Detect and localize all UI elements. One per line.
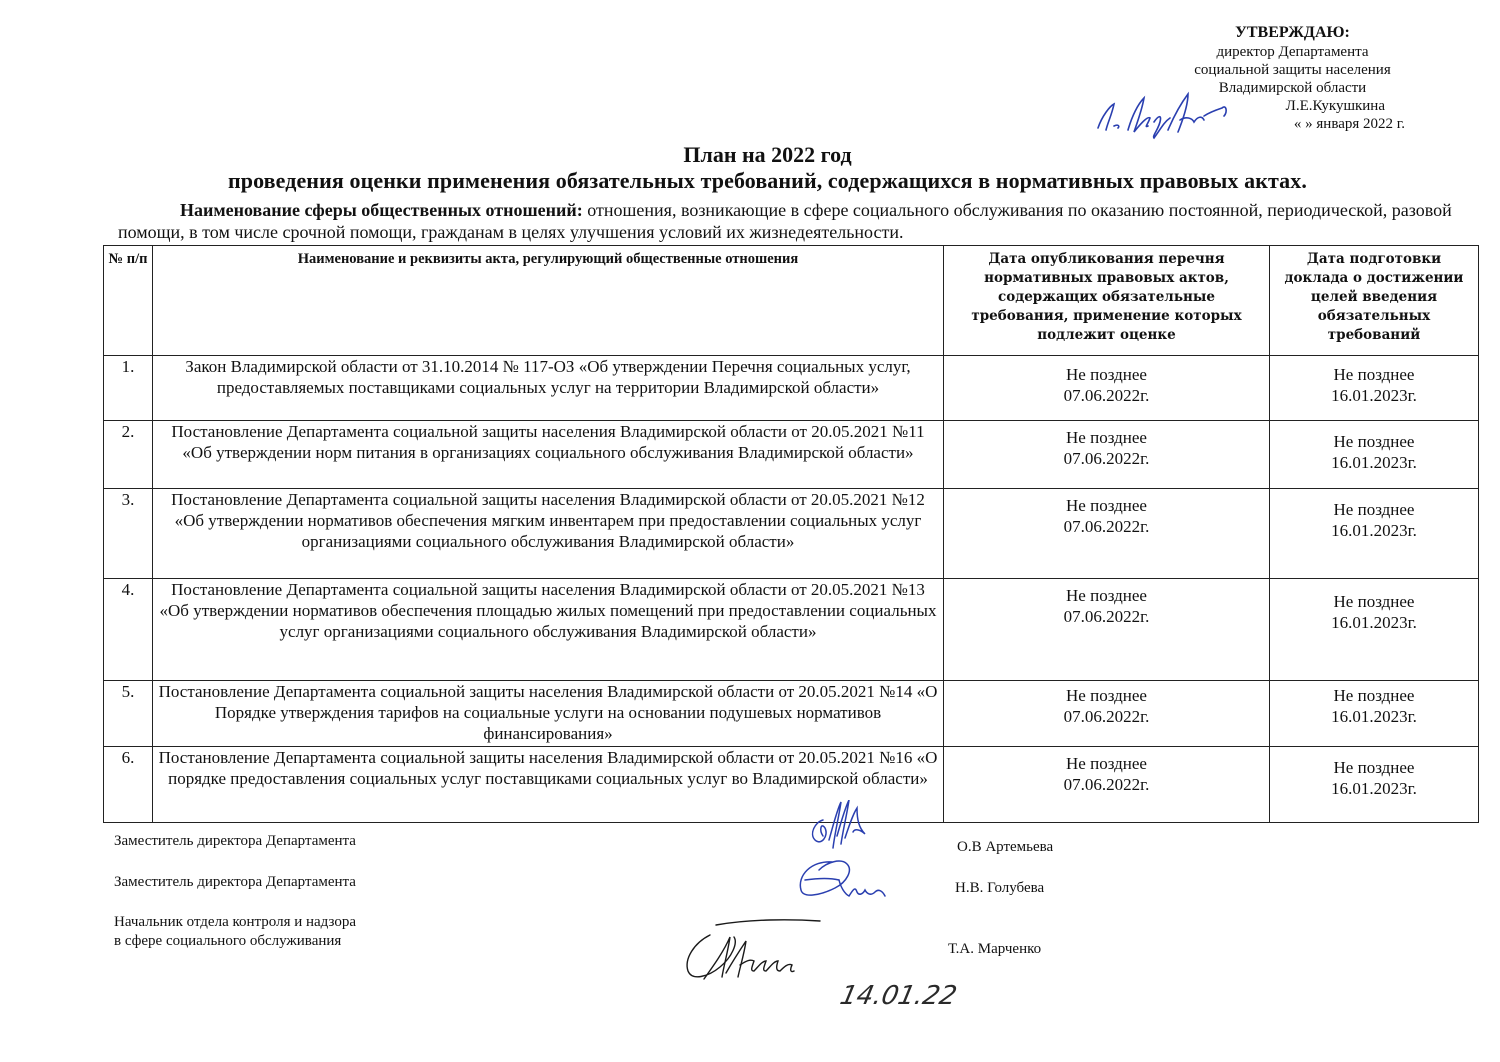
row-report-date: Не позднее 16.01.2023г. (1270, 747, 1479, 823)
row-publish-date: Не позднее 07.06.2022г. (944, 681, 1270, 747)
row-publish-date: Не позднее 07.06.2022г. (944, 421, 1270, 489)
plan-table: № п/п Наименование и реквизиты акта, рег… (103, 245, 1479, 823)
table-row: 1. Закон Владимирской области от 31.10.2… (104, 356, 1479, 421)
table-header-row: № п/п Наименование и реквизиты акта, рег… (104, 246, 1479, 356)
svg-text:14.01.22: 14.01.22 (840, 981, 959, 1011)
row-publish-date: Не позднее 07.06.2022г. (944, 747, 1270, 823)
signature-position-3: Начальник отдела контроля и надзора в сф… (114, 913, 356, 951)
row-act: Закон Владимирской области от 31.10.2014… (153, 356, 944, 421)
row-act: Постановление Департамента социальной за… (153, 421, 944, 489)
row-report-date: Не позднее 16.01.2023г. (1270, 681, 1479, 747)
row-num: 3. (104, 489, 153, 579)
row-num: 5. (104, 681, 153, 747)
row-report-date: Не позднее 16.01.2023г. (1270, 579, 1479, 681)
signature-name-2: Н.В. Голубева (955, 879, 1044, 898)
signature-name-1: О.В Артемьева (957, 838, 1053, 857)
table-row: 4. Постановление Департамента социальной… (104, 579, 1479, 681)
sphere-label: Наименование сферы общественных отношени… (180, 200, 583, 220)
approval-date: « » января 2022 г. (1150, 115, 1435, 133)
row-report-date: Не позднее 16.01.2023г. (1270, 421, 1479, 489)
sphere-description: Наименование сферы общественных отношени… (118, 199, 1498, 243)
approval-line: Владимирской области (1150, 79, 1435, 97)
row-num: 4. (104, 579, 153, 681)
header-act: Наименование и реквизиты акта, регулирую… (153, 246, 944, 356)
head-signature-icon (680, 915, 850, 995)
row-num: 2. (104, 421, 153, 489)
row-act: Постановление Департамента социальной за… (153, 747, 944, 823)
table-row: 2. Постановление Департамента социальной… (104, 421, 1479, 489)
table-row: 3. Постановление Департамента социальной… (104, 489, 1479, 579)
approval-signatory: Л.Е.Кукушкина (1150, 97, 1435, 115)
document-subtitle: проведения оценки применения обязательны… (0, 168, 1500, 194)
row-report-date: Не позднее 16.01.2023г. (1270, 356, 1479, 421)
row-report-date: Не позднее 16.01.2023г. (1270, 489, 1479, 579)
row-num: 6. (104, 747, 153, 823)
signature-position-2: Заместитель директора Департамента (114, 873, 356, 892)
approval-heading: УТВЕРЖДАЮ: (1150, 24, 1435, 42)
row-publish-date: Не позднее 07.06.2022г. (944, 489, 1270, 579)
signature-name-3: Т.А. Марченко (948, 940, 1041, 959)
row-act: Постановление Департамента социальной за… (153, 579, 944, 681)
table-row: 5. Постановление Департамента социальной… (104, 681, 1479, 747)
approval-line: директор Департамента (1150, 43, 1435, 61)
approval-line: социальной защиты населения (1150, 61, 1435, 79)
header-num: № п/п (104, 246, 153, 356)
row-num: 1. (104, 356, 153, 421)
approval-block: УТВЕРЖДАЮ: директор Департамента социаль… (1150, 24, 1435, 133)
header-report-date: Дата подготовки доклада о достижении цел… (1270, 246, 1479, 356)
table-row: 6. Постановление Департамента социальной… (104, 747, 1479, 823)
signature-position-1: Заместитель директора Департамента (114, 832, 356, 851)
header-publish-date: Дата опубликования перечня нормативных п… (944, 246, 1270, 356)
row-publish-date: Не позднее 07.06.2022г. (944, 579, 1270, 681)
row-publish-date: Не позднее 07.06.2022г. (944, 356, 1270, 421)
document-title: План на 2022 год (0, 142, 1500, 168)
row-act: Постановление Департамента социальной за… (153, 489, 944, 579)
row-act: Постановление Департамента социальной за… (153, 681, 944, 747)
handwritten-date-icon: 14.01.22 (840, 970, 960, 1020)
